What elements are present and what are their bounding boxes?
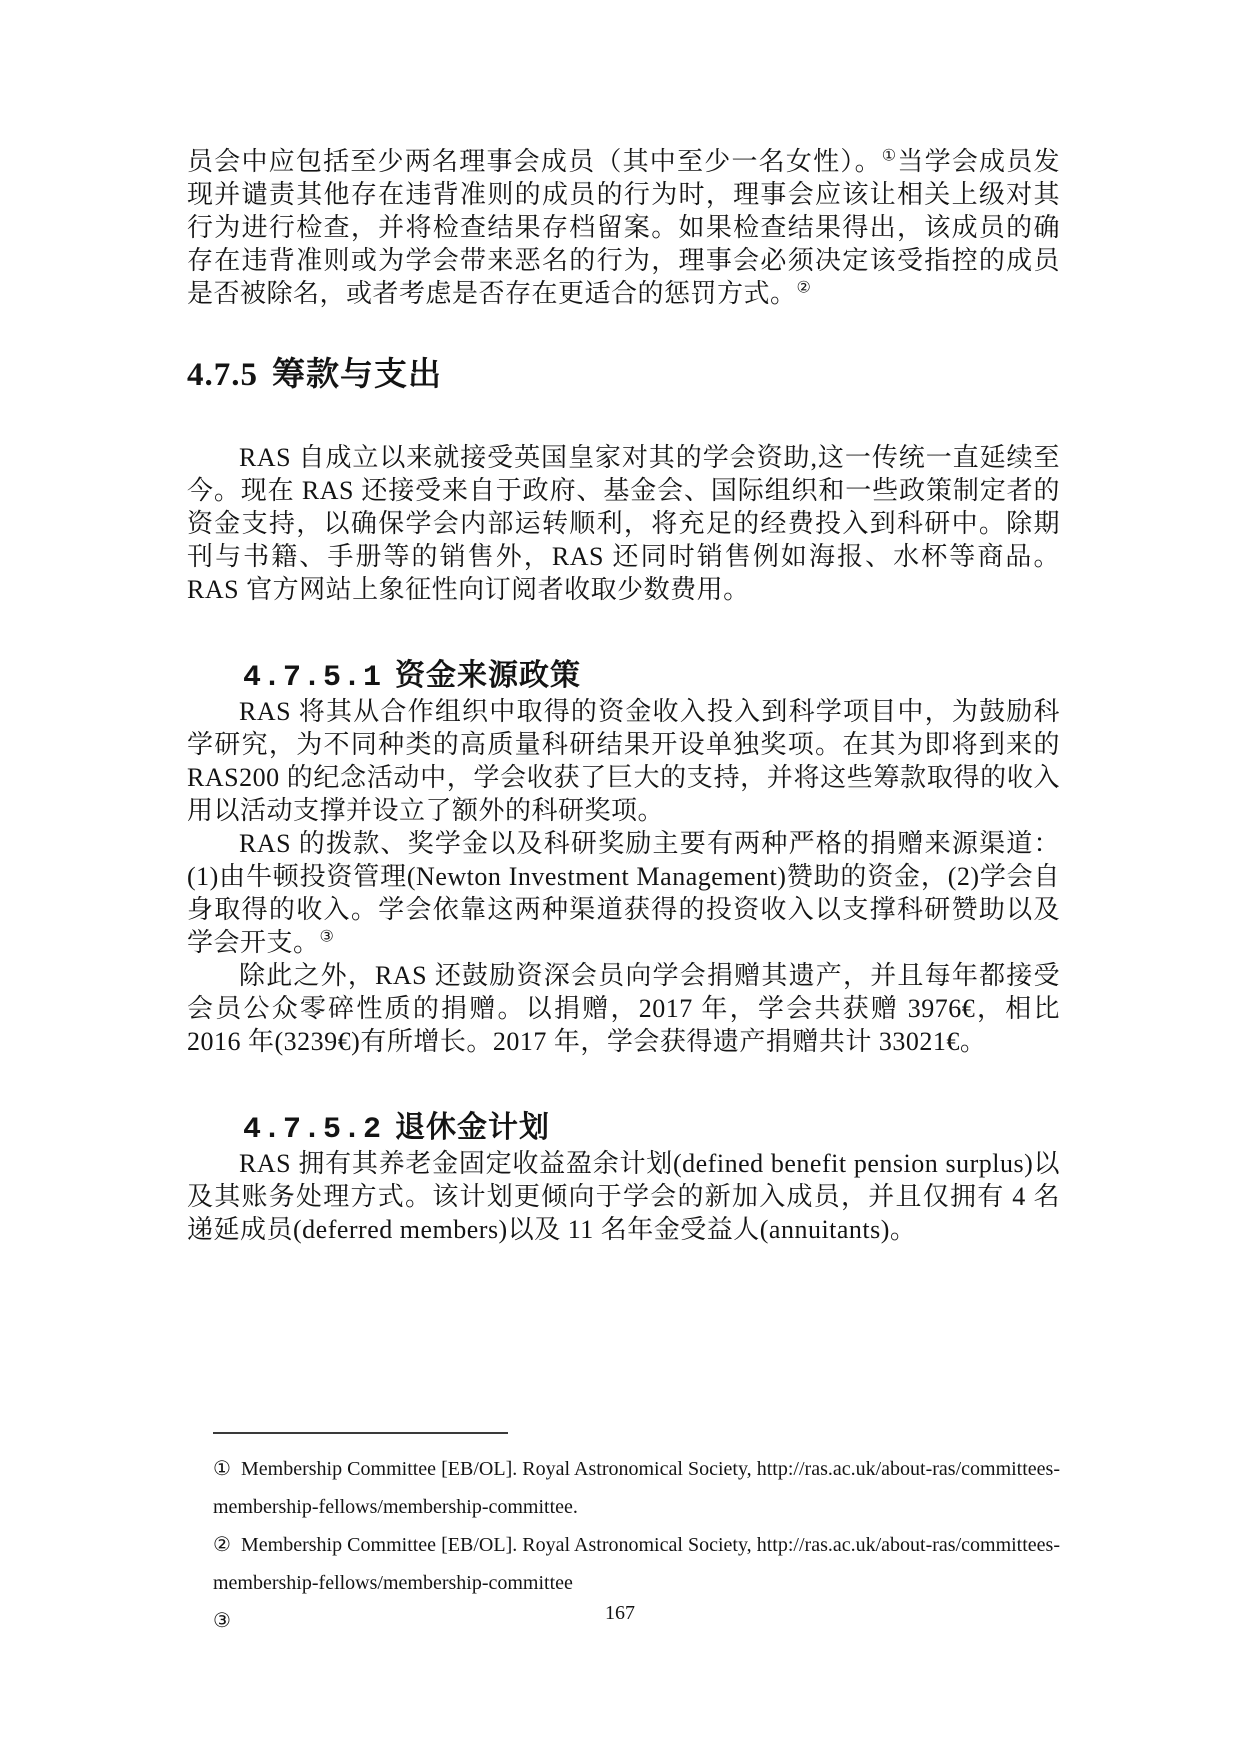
document-page: 员会中应包括至少两名理事会成员（其中至少一名女性）。①当学会成员发现并谴责其他存…	[0, 0, 1240, 1753]
footnote-2-text: Membership Committee [EB/OL]. Royal Astr…	[213, 1534, 1060, 1594]
intro-paragraph: 员会中应包括至少两名理事会成员（其中至少一名女性）。①当学会成员发现并谴责其他存…	[187, 145, 1060, 310]
subsection-number: 4.7.5.2	[243, 1113, 383, 1147]
footnote-ref-3: ③	[320, 928, 335, 945]
section-heading-4-7-5: 4.7.5筹款与支出	[187, 348, 1060, 395]
footnote-separator	[213, 1432, 508, 1434]
section-title: 筹款与支出	[272, 355, 442, 392]
footnote-ref-1: ①	[882, 147, 898, 164]
footnote-2: ②Membership Committee [EB/OL]. Royal Ast…	[213, 1526, 1060, 1602]
section-heading-4-7-5-1: 4.7.5.1资金来源政策	[243, 650, 1060, 695]
paragraph-funding-overview: RAS 自成立以来就接受英国皇家对其的学会资助,这一传统一直延续至今。现在 RA…	[187, 441, 1060, 606]
page-content: 员会中应包括至少两名理事会成员（其中至少一名女性）。①当学会成员发现并谴责其他存…	[187, 145, 1060, 1246]
section-number: 4.7.5	[187, 357, 258, 393]
section-heading-4-7-5-2: 4.7.5.2退休金计划	[243, 1102, 1060, 1147]
paragraph-funding-policy-1: RAS 将其从合作组织中取得的资金收入投入到科学项目中，为鼓励科学研究，为不同种…	[187, 695, 1060, 827]
page-number: 167	[0, 1602, 1240, 1625]
paragraph-pension-plan: RAS 拥有其养老金固定收益盈余计划(defined benefit pensi…	[187, 1147, 1060, 1246]
subsection-title: 退休金计划	[395, 1111, 550, 1144]
subsection-title: 资金来源政策	[395, 659, 581, 692]
paragraph-donations: 除此之外，RAS 还鼓励资深会员向学会捐赠其遗产，并且每年都接受会员公众零碎性质…	[187, 959, 1060, 1058]
funding-policy-2-text: RAS 的拨款、奖学金以及科研奖励主要有两种严格的捐赠来源渠道：(1)由牛顿投资…	[187, 829, 1060, 957]
footnote-2-mark: ②	[213, 1534, 231, 1556]
footnote-1-text: Membership Committee [EB/OL]. Royal Astr…	[213, 1458, 1060, 1518]
subsection-number: 4.7.5.1	[243, 661, 383, 695]
paragraph-funding-policy-2: RAS 的拨款、奖学金以及科研奖励主要有两种严格的捐赠来源渠道：(1)由牛顿投资…	[187, 827, 1060, 959]
footnote-1-mark: ①	[213, 1458, 231, 1480]
footnote-1: ①Membership Committee [EB/OL]. Royal Ast…	[213, 1450, 1060, 1526]
footnote-ref-2: ②	[797, 279, 812, 296]
intro-text-part1: 员会中应包括至少两名理事会成员（其中至少一名女性）。	[187, 147, 882, 176]
